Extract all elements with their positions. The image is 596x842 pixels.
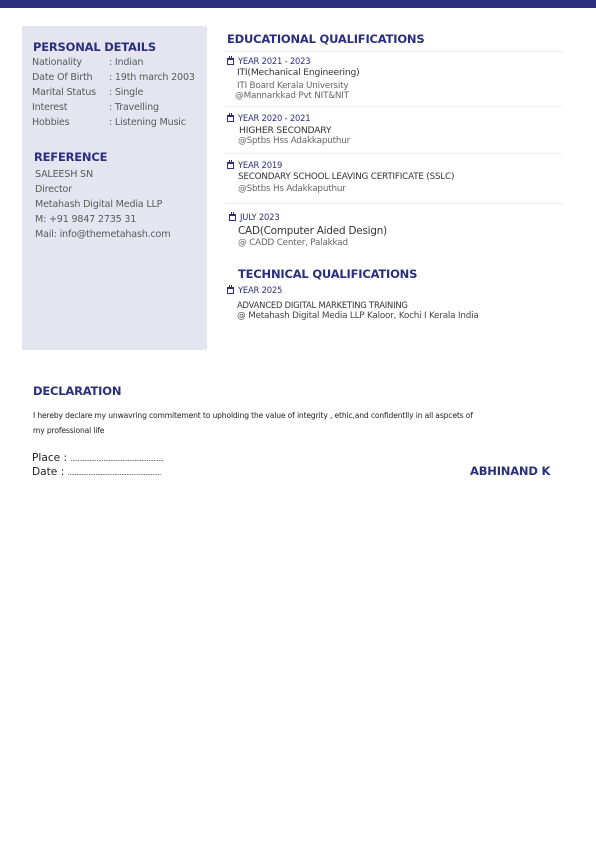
declaration-text-line2: my professional life xyxy=(33,426,104,435)
education-location: @Mannarkkad Pvt NIT&NIT xyxy=(235,91,349,101)
detail-label: Date Of Birth xyxy=(32,72,109,83)
education-location: @ CADD Center, Palakkad xyxy=(238,238,348,248)
personal-detail-row: Marital Status: Single xyxy=(32,87,143,98)
divider xyxy=(225,51,562,52)
detail-value: : Indian xyxy=(109,57,143,68)
reference-email: Mail: info@themetahash.com xyxy=(35,229,170,240)
calendar-icon xyxy=(227,162,234,169)
education-location: @Sbtbs Hs Adakkaputhur xyxy=(238,184,346,194)
education-year: JULY 2023 xyxy=(229,212,279,222)
detail-value: : Travelling xyxy=(109,102,159,113)
year-text: YEAR 2025 xyxy=(238,285,282,295)
reference-company: Metahash Digital Media LLP xyxy=(35,199,162,210)
education-institution: ITI Board Kerala University xyxy=(237,81,348,91)
detail-label: Nationality xyxy=(32,57,109,68)
education-location: @Sptbs Hss Adakkaputhur xyxy=(238,136,350,146)
reference-role: Director xyxy=(35,184,72,195)
reference-name: SALEESH SN xyxy=(35,169,93,180)
date-blank: ........................................… xyxy=(68,469,161,477)
calendar-icon xyxy=(227,287,234,294)
date-field: Date : .................................… xyxy=(32,466,161,478)
personal-details-heading: PERSONAL DETAILS xyxy=(33,40,156,54)
year-text: YEAR 2020 - 2021 xyxy=(238,113,310,123)
technical-title: ADVANCED DIGITAL MARKETING TRAINING xyxy=(237,300,408,310)
detail-label: Hobbies xyxy=(32,117,109,128)
education-year: YEAR 2021 - 2023 xyxy=(227,56,310,66)
education-year: YEAR 2020 - 2021 xyxy=(227,113,310,123)
education-heading: EDUCATIONAL QUALIFICATIONS xyxy=(227,32,424,46)
reference-phone: M: +91 9847 2735 31 xyxy=(35,214,136,225)
detail-value: : Listening Music xyxy=(109,117,186,128)
calendar-icon xyxy=(229,214,236,221)
personal-detail-row: Interest: Travelling xyxy=(32,102,159,113)
place-field: Place : ................................… xyxy=(32,452,164,464)
education-year: YEAR 2019 xyxy=(227,160,282,170)
personal-detail-row: Nationality: Indian xyxy=(32,57,143,68)
declaration-heading: DECLARATION xyxy=(33,384,121,398)
place-blank: ........................................… xyxy=(70,455,163,463)
technical-heading: TECHNICAL QUALIFICATIONS xyxy=(238,267,417,281)
year-text: YEAR 2019 xyxy=(238,160,282,170)
top-accent-bar xyxy=(0,0,596,8)
education-title: ITI(Mechanical Engineering) xyxy=(237,67,360,78)
calendar-icon xyxy=(227,115,234,122)
reference-heading: REFERENCE xyxy=(34,150,107,164)
education-title: SECONDARY SCHOOL LEAVING CERTIFICATE (SS… xyxy=(238,172,454,182)
personal-detail-row: Hobbies: Listening Music xyxy=(32,117,186,128)
year-text: YEAR 2021 - 2023 xyxy=(238,56,310,66)
technical-location: @ Metahash Digital Media LLP Kaloor, Koc… xyxy=(237,311,479,321)
place-label: Place : xyxy=(32,452,70,464)
detail-value: : Single xyxy=(109,87,143,98)
sidebar-panel: PERSONAL DETAILS Nationality: Indian Dat… xyxy=(22,26,207,350)
detail-label: Interest xyxy=(32,102,109,113)
declaration-text-line1: I hereby declare my unwavring commitemen… xyxy=(33,411,473,420)
personal-detail-row: Date Of Birth: 19th march 2003 xyxy=(32,72,195,83)
education-title: CAD(Computer Aided Design) xyxy=(238,225,387,237)
divider xyxy=(225,153,562,154)
year-text: JULY 2023 xyxy=(240,212,279,222)
education-title: HIGHER SECONDARY xyxy=(239,125,331,136)
divider xyxy=(225,203,562,204)
technical-year: YEAR 2025 xyxy=(227,285,282,295)
calendar-icon xyxy=(227,58,234,65)
signature-name: ABHINAND K xyxy=(470,464,550,478)
detail-value: : 19th march 2003 xyxy=(109,72,195,83)
divider xyxy=(225,106,562,107)
date-label: Date : xyxy=(32,466,68,478)
detail-label: Marital Status xyxy=(32,87,109,98)
